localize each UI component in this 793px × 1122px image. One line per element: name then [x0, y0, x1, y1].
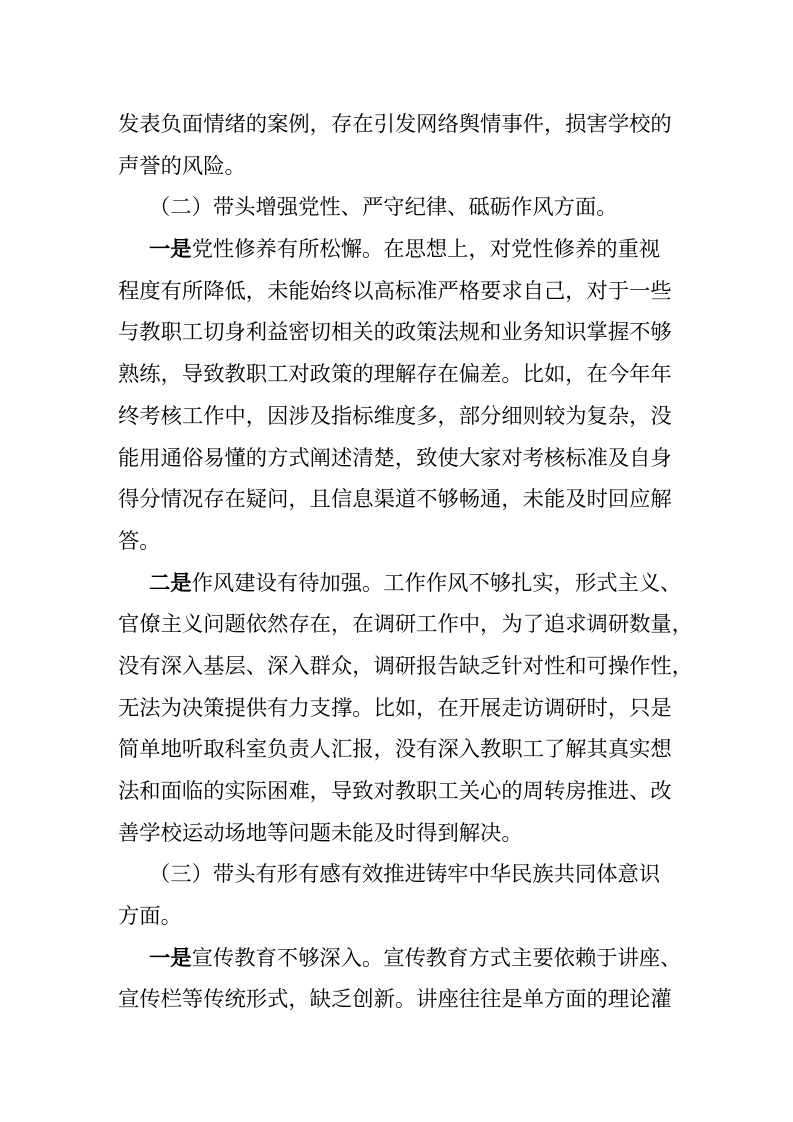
paragraph-work-style: 二是作风建设有待加强。工作作风不够扎实，形式主义、 官僚主义问题依然存在，在调研… [118, 563, 676, 855]
text-line: 答。 [118, 521, 676, 563]
heading-line: （三）带头有形有感有效推进铸牢中华民族共同体意识 [118, 854, 676, 896]
text-line: 程度有所降低，未能始终以高标准严格要求自己，对于一些 [118, 271, 676, 313]
text-line: 没有深入基层、深入群众，调研报告缺乏针对性和可操作性， [118, 646, 676, 688]
text-line: 发表负面情绪的案例，存在引发网络舆情事件，损害学校的 [118, 104, 676, 146]
text-line: 二是作风建设有待加强。工作作风不够扎实，形式主义、 [118, 563, 676, 605]
document-page: 发表负面情绪的案例，存在引发网络舆情事件，损害学校的 声誉的风险。 （二）带头增… [0, 0, 793, 1122]
heading-line: 方面。 [118, 896, 676, 938]
line-text: 作风建设有待加强。工作作风不够扎实，形式主义、 [192, 571, 682, 595]
paragraph-party-spirit: 一是党性修养有所松懈。在思想上，对党性修养的重视 程度有所降低，未能始终以高标准… [118, 229, 676, 563]
text-line: 宣传栏等传统形式，缺乏创新。讲座往往是单方面的理论灌 [118, 979, 676, 1021]
bold-lead: 一是 [149, 946, 192, 970]
text-line: 无法为决策提供有力支撑。比如，在开展走访调研时，只是 [118, 688, 676, 730]
heading-line: （二）带头增强党性、严守纪律、砥砺作风方面。 [118, 187, 676, 229]
paragraph-propaganda-education: 一是宣传教育不够深入。宣传教育方式主要依赖于讲座、 宣传栏等传统形式，缺乏创新。… [118, 938, 676, 1021]
text-line: 法和面临的实际困难，导致对教职工关心的周转房推进、改 [118, 771, 676, 813]
text-block: 发表负面情绪的案例，存在引发网络舆情事件，损害学校的 声誉的风险。 （二）带头增… [118, 104, 676, 1021]
text-line: 官僚主义问题依然存在，在调研工作中，为了追求调研数量， [118, 604, 676, 646]
subsection-heading-2: （二）带头增强党性、严守纪律、砥砺作风方面。 [118, 187, 676, 229]
line-text: 宣传教育不够深入。宣传教育方式主要依赖于讲座、 [192, 946, 682, 970]
text-line: 能用通俗易懂的方式阐述清楚，致使大家对考核标准及自身 [118, 438, 676, 480]
text-line: 与教职工切身利益密切相关的政策法规和业务知识掌握不够 [118, 312, 676, 354]
paragraph-risk-continuation: 发表负面情绪的案例，存在引发网络舆情事件，损害学校的 声誉的风险。 [118, 104, 676, 187]
subsection-heading-3: （三）带头有形有感有效推进铸牢中华民族共同体意识 方面。 [118, 854, 676, 937]
bold-lead: 二是 [149, 571, 192, 595]
line-text: 党性修养有所松懈。在思想上，对党性修养的重视 [192, 237, 661, 261]
text-line: 声誉的风险。 [118, 146, 676, 188]
text-line: 终考核工作中，因涉及指标维度多，部分细则较为复杂，没 [118, 396, 676, 438]
text-line: 一是党性修养有所松懈。在思想上，对党性修养的重视 [118, 229, 676, 271]
text-line: 一是宣传教育不够深入。宣传教育方式主要依赖于讲座、 [118, 938, 676, 980]
text-line: 得分情况存在疑问，且信息渠道不够畅通，未能及时回应解 [118, 479, 676, 521]
text-line: 熟练，导致教职工对政策的理解存在偏差。比如，在今年年 [118, 354, 676, 396]
text-line: 简单地听取科室负责人汇报，没有深入教职工了解其真实想 [118, 729, 676, 771]
text-line: 善学校运动场地等问题未能及时得到解决。 [118, 813, 676, 855]
bold-lead: 一是 [149, 237, 192, 261]
